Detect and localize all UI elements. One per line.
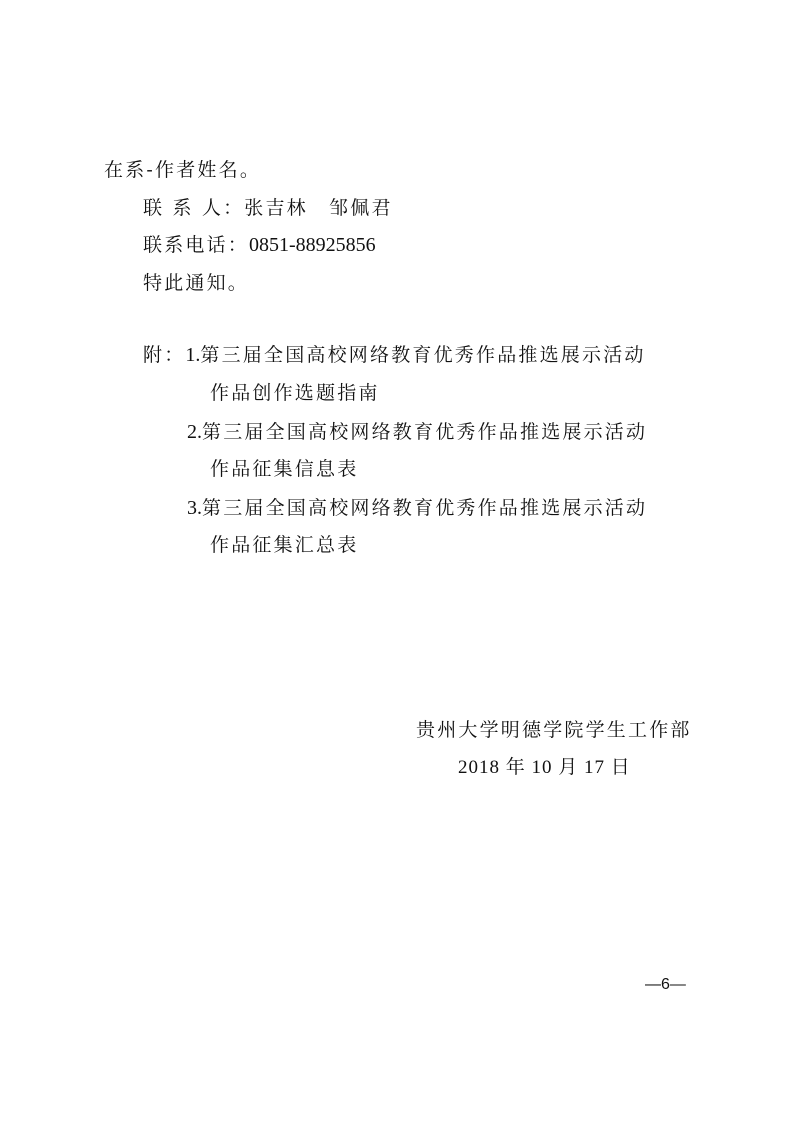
contact-person-line: 联 系 人：张吉林 邹佩君 (143, 196, 393, 220)
signature-date: 2018 年 10 月 17 日 (458, 756, 631, 780)
phone-label: 联系电话： (143, 234, 249, 256)
attachment-number: 3. (187, 497, 202, 519)
attachments-prefix: 附： (143, 344, 185, 366)
attachment-title: 第三届全国高校网络教育优秀作品推选展示活动 (202, 497, 647, 519)
closing-line: 特此通知。 (143, 271, 249, 295)
page-number: —6— (645, 975, 686, 995)
attachment-title: 第三届全国高校网络教育优秀作品推选展示活动 (200, 344, 645, 366)
attachment-1-line2: 作品创作选题指南 (210, 381, 380, 405)
attachment-3-line2: 作品征集汇总表 (210, 533, 358, 557)
phone-number: 0851-88925856 (249, 234, 376, 256)
attachment-2-line2: 作品征集信息表 (210, 457, 358, 481)
contact-names: 张吉林 邹佩君 (244, 197, 392, 219)
attachment-2-line1: 2.第三届全国高校网络教育优秀作品推选展示活动 (187, 420, 647, 444)
attachment-1-line1: 附：1.第三届全国高校网络教育优秀作品推选展示活动 (143, 343, 646, 367)
attachment-title: 第三届全国高校网络教育优秀作品推选展示活动 (202, 421, 647, 443)
contact-label: 联 系 人： (143, 197, 244, 219)
signature-organization: 贵州大学明德学院学生工作部 (416, 718, 692, 742)
contact-phone-line: 联系电话：0851-88925856 (143, 233, 376, 257)
attachment-number: 2. (187, 421, 202, 443)
attachment-number: 1. (185, 344, 200, 366)
attachment-3-line1: 3.第三届全国高校网络教育优秀作品推选展示活动 (187, 496, 647, 520)
body-continuation: 在系-作者姓名。 (104, 158, 261, 182)
